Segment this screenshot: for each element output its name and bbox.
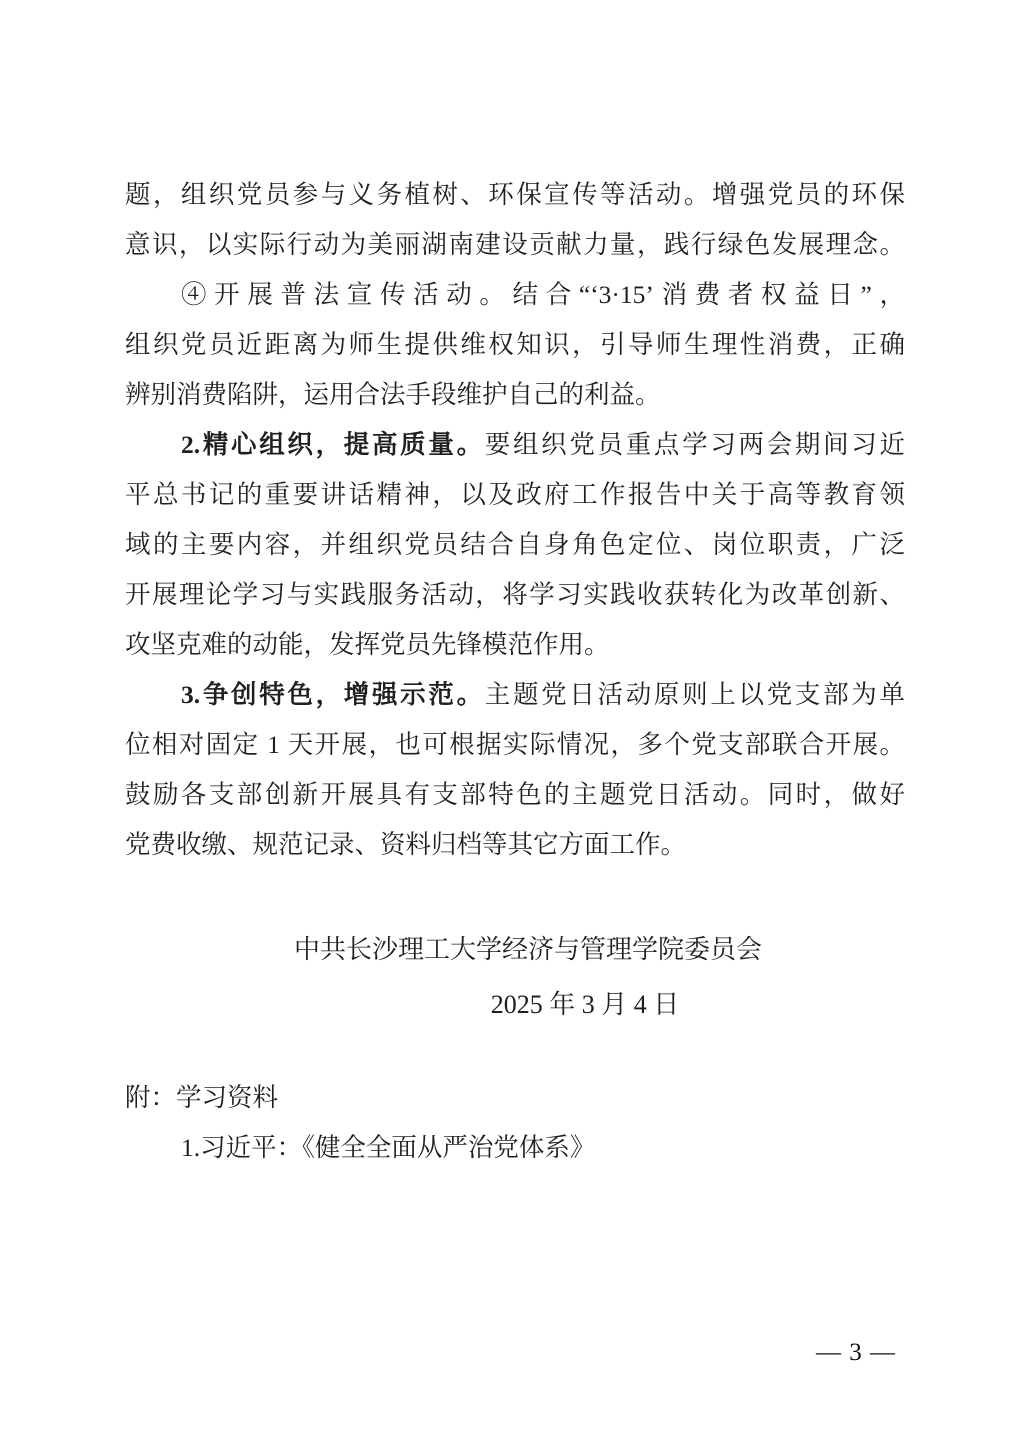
- body-line: 辨别消费陷阱，运用合法手段维护自己的利益。: [125, 370, 905, 420]
- body-line: 组织党员近距离为师生提供维权知识，引导师生理性消费，正确: [125, 320, 905, 370]
- paragraph-lead: 3.争创特色，增强示范。: [181, 680, 485, 709]
- line-text: 党费收缴、规范记录、资料归档等其它方面工作。: [125, 830, 686, 859]
- body-line: ④开展普法宣传活动。结合“‘3·15’消费者权益日”，: [125, 270, 905, 320]
- body-line: 意识，以实际行动为美丽湖南建设贡献力量，践行绿色发展理念。: [125, 220, 905, 270]
- body-line: 域的主要内容，并组织党员结合自身角色定位、岗位职责，广泛: [125, 520, 905, 570]
- body-line: 3.争创特色，增强示范。主题党日活动原则上以党支部为单: [125, 670, 905, 720]
- page-number: — 3 —: [816, 1338, 896, 1368]
- body-line: 鼓励各支部创新开展具有支部特色的主题党日活动。同时，做好: [125, 770, 905, 820]
- line-text: 主题党日活动原则上以党支部为单: [485, 680, 905, 709]
- body-text: 题，组织党员参与义务植树、环保宣传等活动。增强党员的环保意识，以实际行动为美丽湖…: [125, 170, 905, 870]
- body-line: 2.精心组织，提高质量。要组织党员重点学习两会期间习近: [125, 420, 905, 470]
- line-text: 开展理论学习与实践服务活动，将学习实践收获转化为改革创新、: [125, 580, 905, 609]
- line-text: 组织党员近距离为师生提供维权知识，引导师生理性消费，正确: [125, 330, 905, 359]
- body-line: 攻坚克难的动能，发挥党员先锋模范作用。: [125, 620, 905, 670]
- line-text: 位相对固定 1 天开展，也可根据实际情况，多个党支部联合开展。: [125, 730, 905, 759]
- body-line: 开展理论学习与实践服务活动，将学习实践收获转化为改革创新、: [125, 570, 905, 620]
- line-text: 要组织党员重点学习两会期间习近: [485, 430, 905, 459]
- body-line: 党费收缴、规范记录、资料归档等其它方面工作。: [125, 820, 905, 870]
- signature-line: 中共长沙理工大学经济与管理学院委员会: [125, 925, 905, 975]
- line-text: 攻坚克难的动能，发挥党员先锋模范作用。: [125, 630, 610, 659]
- line-text: 辨别消费陷阱，运用合法手段维护自己的利益。: [125, 380, 661, 409]
- body-line: 位相对固定 1 天开展，也可根据实际情况，多个党支部联合开展。: [125, 720, 905, 770]
- line-text: 域的主要内容，并组织党员结合自身角色定位、岗位职责，广泛: [125, 530, 905, 559]
- line-text: 意识，以实际行动为美丽湖南建设贡献力量，践行绿色发展理念。: [125, 230, 905, 259]
- paragraph-lead: 2.精心组织，提高质量。: [181, 430, 485, 459]
- date-line: 2025 年 3 月 4 日: [125, 980, 905, 1030]
- body-line: 平总书记的重要讲话精神，以及政府工作报告中关于高等教育领: [125, 470, 905, 520]
- line-text: ④开展普法宣传活动。结合“‘3·15’消费者权益日”，: [181, 280, 905, 309]
- line-text: 鼓励各支部创新开展具有支部特色的主题党日活动。同时，做好: [125, 780, 905, 809]
- attachment-item: 1.习近平：《健全全面从严治党体系》: [125, 1123, 905, 1173]
- document-page: 题，组织党员参与义务植树、环保宣传等活动。增强党员的环保意识，以实际行动为美丽湖…: [0, 0, 1024, 1448]
- attachment-block: 附：学习资料 1.习近平：《健全全面从严治党体系》: [125, 1073, 905, 1173]
- body-line: 题，组织党员参与义务植树、环保宣传等活动。增强党员的环保: [125, 170, 905, 220]
- line-text: 题，组织党员参与义务植树、环保宣传等活动。增强党员的环保: [125, 180, 905, 209]
- attachment-title: 附：学习资料: [125, 1073, 905, 1123]
- line-text: 平总书记的重要讲话精神，以及政府工作报告中关于高等教育领: [125, 480, 905, 509]
